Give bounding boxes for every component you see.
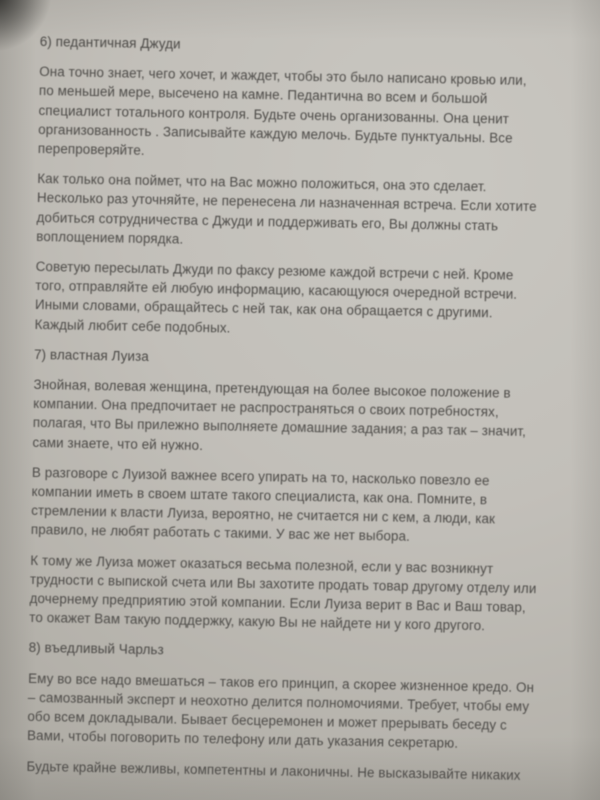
paragraph-judy-3: Советую пересылать Джуди по факсу резюме… bbox=[34, 257, 583, 344]
paragraph-judy-2: Как только она поймет, что на Вас можно … bbox=[36, 169, 585, 256]
paragraph-louisa-3: К тому же Луиза может оказаться весьма п… bbox=[29, 551, 578, 638]
page-text: 6) педантичная Джуди Она точно знает, че… bbox=[26, 32, 588, 786]
heading-section-8-meddlesome-charles: 8) въедливый Чарльз bbox=[29, 638, 577, 667]
paragraph-charles-2-partial: Будьте крайне вежливы, компетентны и лак… bbox=[26, 756, 574, 785]
document-photo: 6) педантичная Джуди Она точно знает, че… bbox=[0, 0, 600, 800]
paragraph-louisa-2: В разговоре с Луизой важнее всего упират… bbox=[31, 463, 580, 550]
heading-section-7-domineering-louisa: 7) властная Луиза bbox=[34, 345, 582, 374]
paragraph-charles-1: Ему во все надо вмешаться – таков его пр… bbox=[27, 669, 576, 756]
paragraph-judy-1: Она точно знает, чего хочет, и жаждет, ч… bbox=[38, 62, 588, 168]
heading-section-6-pedantic-judy: 6) педантичная Джуди bbox=[40, 32, 588, 61]
paragraph-louisa-1: Знойная, волевая женщина, претендующая н… bbox=[32, 375, 581, 462]
